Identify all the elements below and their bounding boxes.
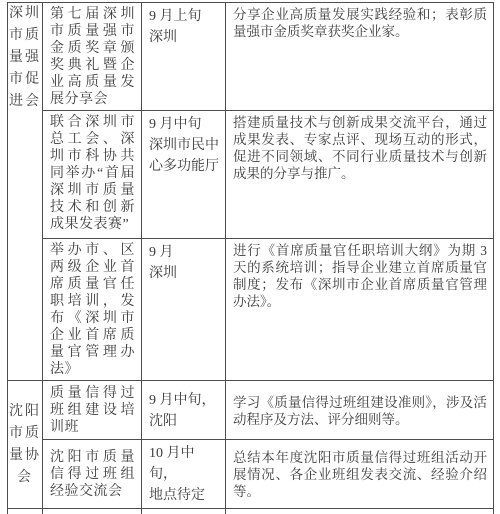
activity-name: 沈阳市质量信得过班组经验交流会 xyxy=(43,440,142,489)
time-location: 9 月 深圳 xyxy=(142,239,226,381)
time-location: 10 月中旬， 地点待定 xyxy=(142,440,226,489)
schedule-row: 沈阳市质量信得过班组经验交流会10 月中旬， 地点待定总结本年度沈阳市质量信得过… xyxy=(8,440,494,489)
schedule-row: 举办市、区两级企业首席质量官任职培训，发布《深圳市企业首席质量官管理办法》9 月… xyxy=(8,239,494,381)
activity-name: 举办市、区两级企业首席质量官任职培训，发布《深圳市企业首席质量官管理办法》 xyxy=(43,239,142,381)
activity-name: 联合深圳市总工会、深圳市科协共同举办“首届深圳市质量技术和创新成果发表赛” xyxy=(43,111,142,239)
organization-cell: 深圳市质量强市促进会 xyxy=(8,3,43,381)
time-location: 9 月上旬 深圳 xyxy=(142,3,226,111)
schedule-row: 深圳市质量强市促进会第七届深圳市质量强市金质奖章颁奖典礼暨企业高质量发展分享会9… xyxy=(8,3,494,111)
organization-name: 深圳市质量强市促进会 xyxy=(9,3,41,113)
activity-description: 搭建质量技术与创新成果交流平台，通过成果发表、专家点评、现场互动的形式，促进不同… xyxy=(226,111,494,239)
activity-name: 质量信得过班组建设培训班 xyxy=(43,381,142,440)
activity-description: 总结本年度沈阳市质量信得过班组活动开展情况、各企业班组发表交流、经验介绍等。 xyxy=(226,440,494,489)
schedule-row: 联合深圳市总工会、深圳市科协共同举办“首届深圳市质量技术和创新成果发表赛”9 月… xyxy=(8,111,494,239)
document-page: 深圳市质量强市促进会第七届深圳市质量强市金质奖章颁奖典礼暨企业高质量发展分享会9… xyxy=(7,2,494,488)
organization-name: 沈阳市质量协会 xyxy=(9,401,41,489)
activity-schedule-table: 深圳市质量强市促进会第七届深圳市质量强市金质奖章颁奖典礼暨企业高质量发展分享会9… xyxy=(7,2,494,488)
activity-description: 学习《质量信得过班组建设准则》，涉及活动程序及方法、评分细则等。 xyxy=(226,381,494,440)
time-location: 9 月中旬 深圳市民中心多功能厅 xyxy=(142,111,226,239)
time-location: 9 月中旬， 沈阳 xyxy=(142,381,226,440)
activity-description: 进行《首席质量官任职培训大纲》为期 3 天的系统培训；指导企业建立首席质量官制度… xyxy=(226,239,494,381)
organization-cell: 沈阳市质量协会 xyxy=(8,381,43,489)
activity-name: 第七届深圳市质量强市金质奖章颁奖典礼暨企业高质量发展分享会 xyxy=(43,3,142,111)
activity-description: 分享企业高质量发展实践经验和；表彰质量强市金质奖章获奖企业家。 xyxy=(226,3,494,111)
schedule-row: 沈阳市质量协会质量信得过班组建设培训班9 月中旬， 沈阳学习《质量信得过班组建设… xyxy=(8,381,494,440)
